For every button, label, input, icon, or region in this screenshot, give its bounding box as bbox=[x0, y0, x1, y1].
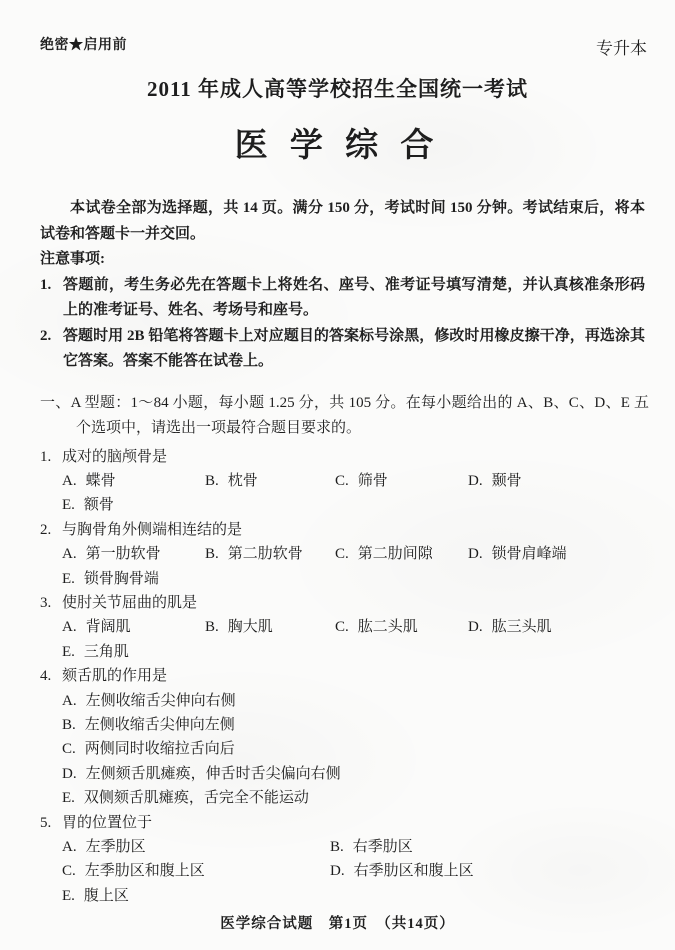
option-rows: A.背阔肌B.胸大肌C.肱二头肌D.肱三头肌E.三角肌 bbox=[40, 615, 651, 664]
option: C.左季肋区和腹上区 bbox=[62, 859, 330, 883]
classification-label: 绝密★启用前 bbox=[40, 34, 127, 54]
option: E.双侧颏舌肌瘫痪，舌完全不能运动 bbox=[62, 786, 309, 810]
option-text: 筛骨 bbox=[358, 469, 388, 493]
question: 5.胃的位置位于A.左季肋区B.右季肋区C.左季肋区和腹上区D.右季肋区和腹上区… bbox=[40, 811, 651, 909]
option-text: 左侧收缩舌尖伸向右侧 bbox=[86, 689, 236, 713]
notes-heading: 注意事项: bbox=[40, 247, 645, 273]
option-letter: C. bbox=[335, 542, 349, 566]
option-letter: C. bbox=[62, 737, 76, 761]
option: D.颞骨 bbox=[468, 469, 522, 493]
option-rows: A.蝶骨B.枕骨C.筛骨D.颞骨E.额骨 bbox=[40, 469, 651, 518]
exam-page: 绝密★启用前 专升本 2011 年成人高等学校招生全国统一考试 医 学 综 合 … bbox=[0, 0, 675, 950]
option-text: 额骨 bbox=[84, 493, 114, 517]
option-row: E.锁骨胸骨端 bbox=[62, 567, 651, 591]
option: A.背阔肌 bbox=[62, 615, 205, 639]
option-text: 第二肋间隙 bbox=[358, 542, 433, 566]
option: C.第二肋间隙 bbox=[335, 542, 468, 566]
option: B.右季肋区 bbox=[330, 835, 413, 859]
instructions-block: 本试卷全部为选择题，共 14 页。满分 150 分，考试时间 150 分钟。考试… bbox=[40, 196, 645, 375]
option-letter: A. bbox=[62, 835, 77, 859]
question-number: 3. bbox=[40, 591, 62, 615]
option-text: 锁骨肩峰端 bbox=[492, 542, 567, 566]
option: C.肱二头肌 bbox=[335, 615, 468, 639]
question-text: 成对的脑颅骨是 bbox=[62, 449, 167, 465]
option: E.腹上区 bbox=[62, 884, 330, 908]
option-row: E.腹上区 bbox=[62, 884, 651, 908]
option-row: A.第一肋软骨B.第二肋软骨C.第二肋间隙D.锁骨肩峰端 bbox=[62, 542, 651, 566]
option-letter: A. bbox=[62, 615, 77, 639]
option: D.锁骨肩峰端 bbox=[468, 542, 567, 566]
option: D.肱三头肌 bbox=[468, 615, 552, 639]
option-text: 左季肋区 bbox=[86, 835, 146, 859]
question-number: 2. bbox=[40, 518, 62, 542]
option-text: 双侧颏舌肌瘫痪，舌完全不能运动 bbox=[84, 786, 309, 810]
option-rows: A.左侧收缩舌尖伸向右侧B.左侧收缩舌尖伸向左侧C.两侧同时收缩拉舌向后D.左侧… bbox=[40, 689, 651, 811]
page-footer: 医学综合试题 第1页 （共14页） bbox=[0, 912, 675, 933]
option: B.第二肋软骨 bbox=[205, 542, 335, 566]
option-text: 枕骨 bbox=[228, 469, 258, 493]
option: E.三角肌 bbox=[62, 640, 205, 664]
option-text: 右季肋区 bbox=[353, 835, 413, 859]
option-row: C.两侧同时收缩拉舌向后 bbox=[62, 737, 651, 761]
option: C.两侧同时收缩拉舌向后 bbox=[62, 737, 235, 761]
option: A.第一肋软骨 bbox=[62, 542, 205, 566]
option: C.筛骨 bbox=[335, 469, 468, 493]
note-item: 1. 答题前，考生务必先在答题卡上将姓名、座号、准考证号填写清楚，并认真核准条形… bbox=[40, 273, 645, 324]
option-text: 三角肌 bbox=[84, 640, 129, 664]
option-letter: D. bbox=[468, 542, 483, 566]
question: 4.颏舌肌的作用是A.左侧收缩舌尖伸向右侧B.左侧收缩舌尖伸向左侧C.两侧同时收… bbox=[40, 664, 651, 810]
option-text: 锁骨胸骨端 bbox=[84, 567, 159, 591]
question: 1.成对的脑颅骨是A.蝶骨B.枕骨C.筛骨D.颞骨E.额骨 bbox=[40, 445, 651, 518]
option-letter: B. bbox=[205, 615, 219, 639]
option-row: A.左季肋区B.右季肋区 bbox=[62, 835, 651, 859]
option: D.右季肋区和腹上区 bbox=[330, 859, 474, 883]
option-letter: B. bbox=[205, 469, 219, 493]
option: A.左侧收缩舌尖伸向右侧 bbox=[62, 689, 236, 713]
option-letter: E. bbox=[62, 567, 75, 591]
note-text: 答题时用 2B 铅笔将答题卡上对应题目的答案标号涂黑，修改时用橡皮擦干净，再选涂… bbox=[63, 328, 645, 370]
note-text: 答题前，考生务必先在答题卡上将姓名、座号、准考证号填写清楚，并认真核准条形码上的… bbox=[63, 277, 645, 319]
option-letter: E. bbox=[62, 493, 75, 517]
option-row: C.左季肋区和腹上区D.右季肋区和腹上区 bbox=[62, 859, 651, 883]
option-letter: C. bbox=[335, 615, 349, 639]
option-text: 胸大肌 bbox=[228, 615, 273, 639]
option: B.左侧收缩舌尖伸向左侧 bbox=[62, 713, 235, 737]
question-title: 3.使肘关节屈曲的肌是 bbox=[40, 591, 651, 615]
option-letter: B. bbox=[62, 713, 76, 737]
question-text: 使肘关节屈曲的肌是 bbox=[62, 595, 197, 611]
section-header: 一、A 型题：1～84 小题，每小题 1.25 分，共 105 分。在每小题给出… bbox=[40, 391, 649, 442]
option-text: 背阔肌 bbox=[86, 615, 131, 639]
questions: 1.成对的脑颅骨是A.蝶骨B.枕骨C.筛骨D.颞骨E.额骨2.与胸骨角外侧端相连… bbox=[40, 445, 651, 909]
question-number: 5. bbox=[40, 811, 62, 835]
question-text: 与胸骨角外侧端相连结的是 bbox=[62, 522, 242, 538]
option-letter: D. bbox=[62, 762, 77, 786]
option-text: 左侧颏舌肌瘫痪，伸舌时舌尖偏向右侧 bbox=[86, 762, 341, 786]
option-letter: E. bbox=[62, 640, 75, 664]
option-rows: A.第一肋软骨B.第二肋软骨C.第二肋间隙D.锁骨肩峰端E.锁骨胸骨端 bbox=[40, 542, 651, 591]
track-label: 专升本 bbox=[596, 34, 647, 59]
option-row: A.蝶骨B.枕骨C.筛骨D.颞骨 bbox=[62, 469, 651, 493]
question: 2.与胸骨角外侧端相连结的是A.第一肋软骨B.第二肋软骨C.第二肋间隙D.锁骨肩… bbox=[40, 518, 651, 591]
option-text: 第一肋软骨 bbox=[86, 542, 161, 566]
option-text: 腹上区 bbox=[84, 884, 129, 908]
option-text: 两侧同时收缩拉舌向后 bbox=[85, 737, 235, 761]
option: E.锁骨胸骨端 bbox=[62, 567, 205, 591]
option-text: 右季肋区和腹上区 bbox=[354, 859, 474, 883]
option-row: A.背阔肌B.胸大肌C.肱二头肌D.肱三头肌 bbox=[62, 615, 651, 639]
option-text: 颞骨 bbox=[492, 469, 522, 493]
note-item: 2. 答题时用 2B 铅笔将答题卡上对应题目的答案标号涂黑，修改时用橡皮擦干净，… bbox=[40, 324, 645, 375]
question-number: 4. bbox=[40, 664, 62, 688]
note-number: 1. bbox=[40, 273, 51, 299]
option: B.胸大肌 bbox=[205, 615, 335, 639]
question-title: 4.颏舌肌的作用是 bbox=[40, 664, 651, 688]
option-row: B.左侧收缩舌尖伸向左侧 bbox=[62, 713, 651, 737]
option-row: E.双侧颏舌肌瘫痪，舌完全不能运动 bbox=[62, 786, 651, 810]
option-text: 肱二头肌 bbox=[358, 615, 418, 639]
question-title: 2.与胸骨角外侧端相连结的是 bbox=[40, 518, 651, 542]
question-title: 1.成对的脑颅骨是 bbox=[40, 445, 651, 469]
question-text: 胃的位置位于 bbox=[62, 815, 152, 831]
option-text: 左侧收缩舌尖伸向左侧 bbox=[85, 713, 235, 737]
option-text: 左季肋区和腹上区 bbox=[85, 859, 205, 883]
option-row: A.左侧收缩舌尖伸向右侧 bbox=[62, 689, 651, 713]
option-row: E.额骨 bbox=[62, 493, 651, 517]
option-row: E.三角肌 bbox=[62, 640, 651, 664]
question-text: 颏舌肌的作用是 bbox=[62, 668, 167, 684]
option-letter: B. bbox=[330, 835, 344, 859]
option-letter: A. bbox=[62, 542, 77, 566]
question-number: 1. bbox=[40, 445, 62, 469]
option-text: 肱三头肌 bbox=[492, 615, 552, 639]
option-letter: E. bbox=[62, 786, 75, 810]
option-letter: A. bbox=[62, 689, 77, 713]
option: B.枕骨 bbox=[205, 469, 335, 493]
option: D.左侧颏舌肌瘫痪，伸舌时舌尖偏向右侧 bbox=[62, 762, 341, 786]
option-row: D.左侧颏舌肌瘫痪，伸舌时舌尖偏向右侧 bbox=[62, 762, 651, 786]
option-letter: A. bbox=[62, 469, 77, 493]
option: E.额骨 bbox=[62, 493, 205, 517]
note-number: 2. bbox=[40, 324, 51, 350]
option-text: 第二肋软骨 bbox=[228, 542, 303, 566]
option-letter: B. bbox=[205, 542, 219, 566]
exam-intro: 本试卷全部为选择题，共 14 页。满分 150 分，考试时间 150 分钟。考试… bbox=[40, 196, 645, 247]
question-title: 5.胃的位置位于 bbox=[40, 811, 651, 835]
option-letter: D. bbox=[330, 859, 345, 883]
option-letter: C. bbox=[335, 469, 349, 493]
exam-title: 2011 年成人高等学校招生全国统一考试 bbox=[0, 73, 675, 103]
option: A.蝶骨 bbox=[62, 469, 205, 493]
option-letter: C. bbox=[62, 859, 76, 883]
option-text: 蝶骨 bbox=[86, 469, 116, 493]
option-rows: A.左季肋区B.右季肋区C.左季肋区和腹上区D.右季肋区和腹上区E.腹上区 bbox=[40, 835, 651, 908]
option-letter: E. bbox=[62, 884, 75, 908]
page-header: 绝密★启用前 专升本 bbox=[0, 0, 675, 59]
option-letter: D. bbox=[468, 615, 483, 639]
subject-title: 医 学 综 合 bbox=[0, 119, 675, 166]
option: A.左季肋区 bbox=[62, 835, 330, 859]
option-letter: D. bbox=[468, 469, 483, 493]
question: 3.使肘关节屈曲的肌是A.背阔肌B.胸大肌C.肱二头肌D.肱三头肌E.三角肌 bbox=[40, 591, 651, 664]
